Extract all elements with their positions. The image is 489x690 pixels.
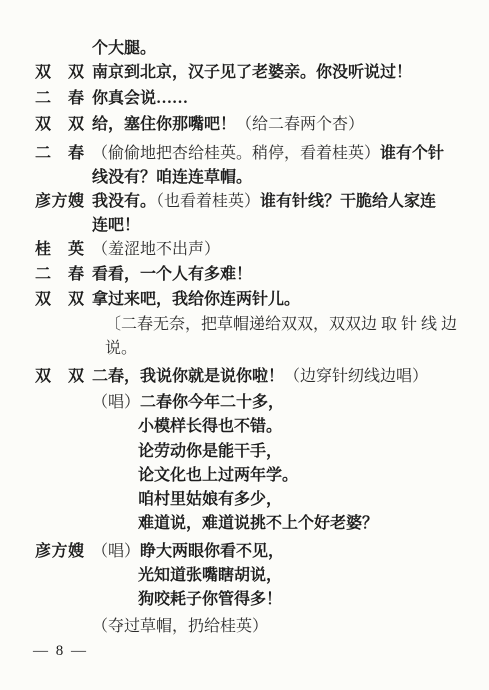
stage-direction: （夺过草帽，扔给桂英） <box>92 618 268 635</box>
speaker-name: 二 春 <box>35 143 85 165</box>
speaker-name: 彦方嫂 <box>35 541 85 563</box>
stage-direction: （偷偷地把杏给桂英。稍停，看着桂英） <box>92 145 380 162</box>
lyric-text: 光知道张嘴瞎胡说， <box>138 567 282 584</box>
dialogue-text: 连吧！ <box>92 217 140 234</box>
speaker-name: 双 双 <box>35 289 85 311</box>
script-line: 双 双 二春，我说你就是说你啦！（边穿针纫线边唱） <box>0 366 489 388</box>
lyric-text: 论文化也上过两年学。 <box>138 467 298 484</box>
script-line: 彦方嫂 我没有。（也看着桂英）谁有针线？干脆给人家连 <box>0 191 489 213</box>
sung-verse-line: 咱村里姑娘有多少， <box>0 489 489 511</box>
page-number: — 8 — <box>33 641 88 661</box>
stage-direction: 〔二春无奈，把草帽递给双双，双双边 取 针 线 边 <box>105 316 457 333</box>
sung-verse-line: （唱）二春你今年二十多， <box>0 392 489 414</box>
stage-direction-line: 说。 <box>0 338 489 360</box>
speaker-name: 双 双 <box>35 62 85 84</box>
lyric-text: 难道说，难道说挑不上个好老婆？ <box>138 515 378 532</box>
dialogue-text: 谁有个针 <box>380 145 444 162</box>
stage-direction-line: 〔二春无奈，把草帽递给双双，双双边 取 针 线 边 <box>0 314 489 336</box>
script-line: 线没有？咱连连草帽。 <box>0 167 489 189</box>
dialogue-text: 看看，一个人有多难！ <box>92 266 252 283</box>
script-line: 二 春 （偷偷地把杏给桂英。稍停，看着桂英）谁有个针 <box>0 143 489 165</box>
script-page: 个大腿。 双 双 南京到北京，汉子见了老婆亲。你没听说过！ 二 春 你真会说……… <box>0 0 489 690</box>
dialogue-text: 个大腿。 <box>92 40 156 57</box>
sung-verse-line: 彦方嫂 （唱）睁大两眼你看不见， <box>0 541 489 563</box>
lyric-text: 咱村里姑娘有多少， <box>138 491 282 508</box>
speaker-name: 彦方嫂 <box>35 191 85 213</box>
dialogue-text: 你真会说…… <box>92 90 188 107</box>
dialogue-text: 二春，我说你就是说你啦！ <box>92 368 284 385</box>
lyric-text: 二春你今年二十多， <box>140 394 284 411</box>
script-line: 双 双 南京到北京，汉子见了老婆亲。你没听说过！ <box>0 62 489 84</box>
sung-verse-line: 论文化也上过两年学。 <box>0 465 489 487</box>
script-line: 连吧！ <box>0 215 489 237</box>
script-line: 桂 英 （羞涩地不出声） <box>0 239 489 261</box>
sing-marker: （唱） <box>92 394 140 411</box>
lyric-text: 小模样长得也不错。 <box>138 418 282 435</box>
stage-direction-line: （夺过草帽，扔给桂英） <box>0 616 489 638</box>
speaker-name: 双 双 <box>35 114 85 136</box>
dialogue-text: 谁有针线？干脆给人家连 <box>260 193 436 210</box>
script-line: 二 春 你真会说…… <box>0 88 489 110</box>
lyric-text: 狗咬耗子你管得多！ <box>138 591 282 608</box>
lyric-text: 论劳动你是能干手， <box>138 443 282 460</box>
stage-direction: 说。 <box>105 340 137 357</box>
sung-verse-line: 小模样长得也不错。 <box>0 416 489 438</box>
sing-marker: （唱） <box>92 543 140 560</box>
dialogue-text: 南京到北京，汉子见了老婆亲。你没听说过！ <box>92 64 412 81</box>
dialogue-text: 给，塞住你那嘴吧！ <box>92 116 236 133</box>
script-line: 双 双 给，塞住你那嘴吧！（给二春两个杏） <box>0 114 489 136</box>
sung-verse-line: 难道说，难道说挑不上个好老婆？ <box>0 513 489 535</box>
dialogue-text: 线没有？咱连连草帽。 <box>92 169 252 186</box>
lyric-text: 睁大两眼你看不见， <box>140 543 284 560</box>
stage-direction: （给二春两个杏） <box>236 116 364 133</box>
dialogue-text: 拿过来吧，我给你连两针儿。 <box>92 291 300 308</box>
sung-verse-line: 狗咬耗子你管得多！ <box>0 589 489 611</box>
sung-verse-line: 光知道张嘴瞎胡说， <box>0 565 489 587</box>
sung-verse-line: 论劳动你是能干手， <box>0 441 489 463</box>
script-line: 双 双 拿过来吧，我给你连两针儿。 <box>0 289 489 311</box>
stage-direction: （羞涩地不出声） <box>92 241 220 258</box>
script-line: 个大腿。 <box>0 38 489 60</box>
speaker-name: 二 春 <box>35 264 85 286</box>
dialogue-text: 我没有。 <box>92 193 156 210</box>
speaker-name: 双 双 <box>35 366 85 388</box>
script-line: 二 春 看看，一个人有多难！ <box>0 264 489 286</box>
stage-direction: （也看着桂英） <box>156 193 260 210</box>
speaker-name: 二 春 <box>35 88 85 110</box>
stage-direction: （边穿针纫线边唱） <box>284 368 428 385</box>
speaker-name: 桂 英 <box>35 239 85 261</box>
